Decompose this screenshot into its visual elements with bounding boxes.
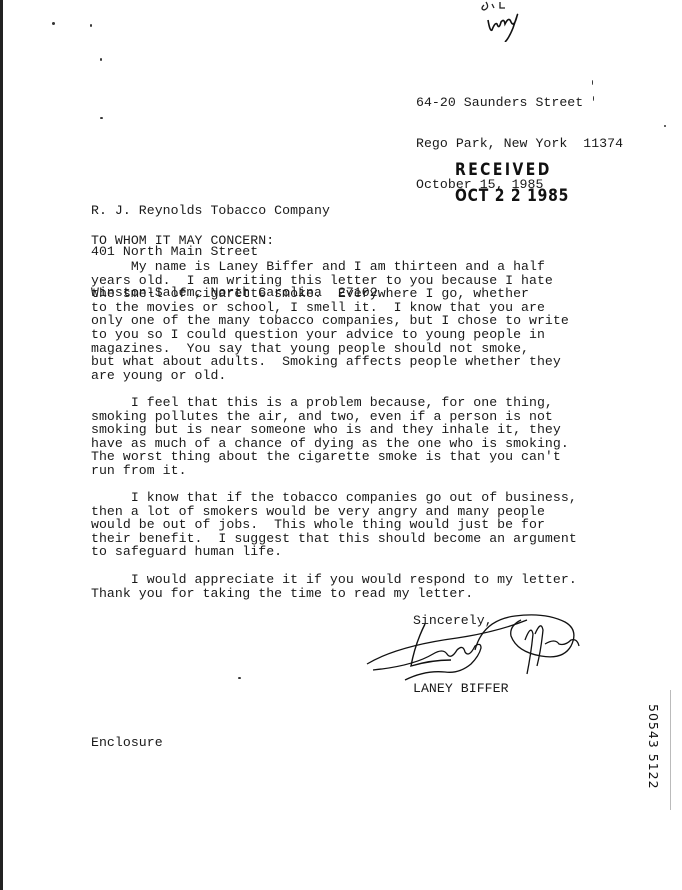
- received-stamp-date: OCT 2 2 1985: [455, 186, 569, 206]
- scan-speck: [100, 117, 103, 119]
- body-paragraph-4: I would appreciate it if you would respo…: [91, 573, 577, 600]
- scan-speck: [90, 24, 92, 27]
- scan-speck: [592, 80, 593, 85]
- return-address-street: 64-20 Saunders Street: [416, 96, 623, 110]
- received-stamp-label: RECEIVED: [455, 160, 569, 180]
- body-paragraph-3: I know that if the tobacco companies go …: [91, 491, 577, 559]
- scan-speck: [664, 125, 666, 127]
- body-paragraph-2: I feel that this is a problem because, f…: [91, 396, 569, 478]
- scan-speck: [593, 96, 594, 101]
- salutation: TO WHOM IT MAY CONCERN:: [91, 234, 274, 248]
- bates-number: 50543 5122: [646, 704, 661, 790]
- letter-page: 64-20 Saunders Street Rego Park, New Yor…: [0, 0, 682, 890]
- handwritten-annotation: [478, 0, 538, 42]
- scan-speck: [238, 677, 241, 679]
- scan-speck: [100, 58, 102, 61]
- typed-signer-name: LANEY BIFFER: [413, 682, 509, 696]
- received-stamp: RECEIVED OCT 2 2 1985: [455, 160, 569, 206]
- return-address-city: Rego Park, New York 11374: [416, 137, 623, 151]
- page-edge-border: [0, 0, 3, 890]
- enclosure-note: Enclosure: [91, 736, 163, 750]
- recipient-company: R. J. Reynolds Tobacco Company: [91, 204, 378, 218]
- signature: [365, 604, 595, 684]
- body-paragraph-1: My name is Laney Biffer and I am thirtee…: [91, 260, 569, 382]
- margin-line: [670, 690, 671, 810]
- scan-speck: [52, 22, 55, 25]
